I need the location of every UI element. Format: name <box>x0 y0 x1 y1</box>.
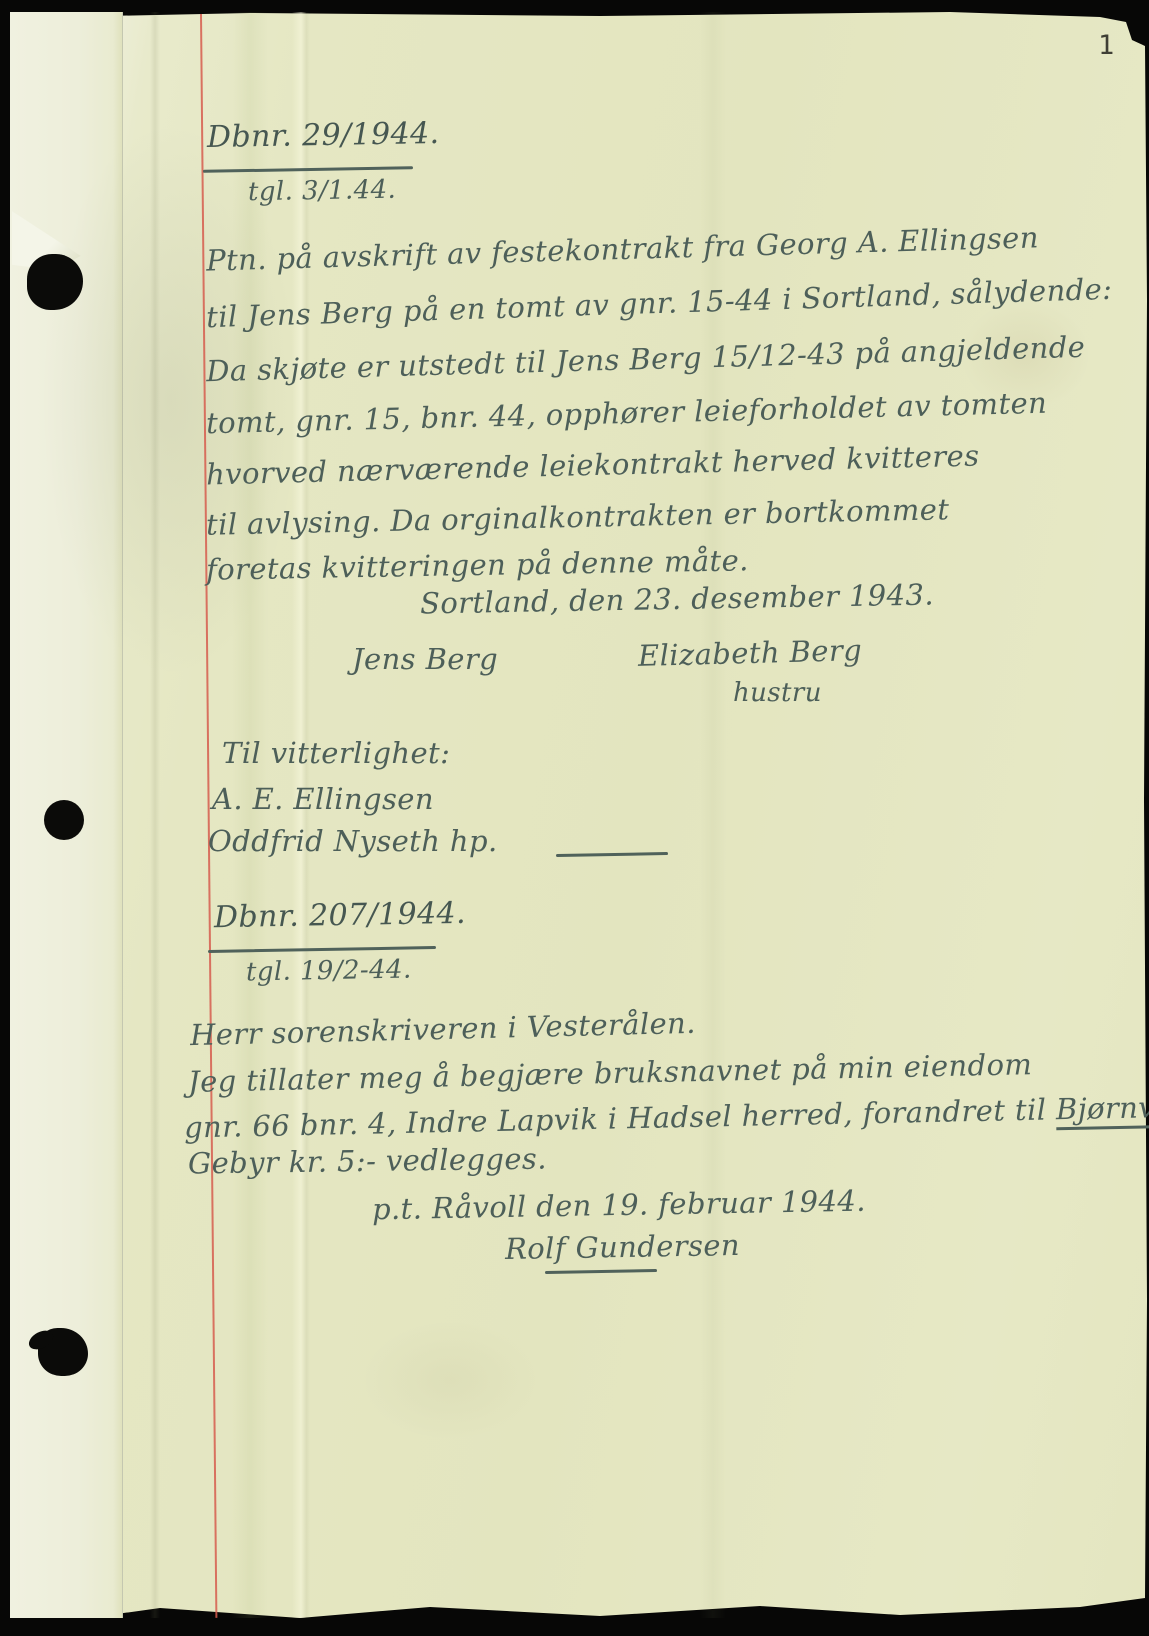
scanned-register-page: 1 Dbnr. 29/1944. tgl. 3/1.44. Ptn. på av… <box>0 0 1149 1636</box>
entry1-registration-date: tgl. 3/1.44. <box>248 175 397 208</box>
signature-rolf-gundersen: Rolf Gundersen <box>505 1228 741 1266</box>
punch-hole <box>44 800 84 840</box>
entry2-document-number: Dbnr. 207/1944. <box>214 896 467 935</box>
entry1-document-number: Dbnr. 29/1944. <box>207 116 440 155</box>
witness-heading: Til vitterlighet: <box>222 736 450 770</box>
signature-role: hustru <box>733 678 822 708</box>
handwritten-line: Gebyr kr. 5:- vedlegges. <box>188 1141 547 1180</box>
signature-jens-berg: Jens Berg <box>352 642 498 676</box>
entry2-registration-date: tgl. 19/2-44. <box>246 955 412 988</box>
page-number: 1 <box>1098 30 1114 61</box>
property-name-underlined: Bjørnvik. <box>1056 1089 1149 1130</box>
witness-signature-1: A. E. Ellingsen <box>212 782 434 816</box>
signature-elizabeth-berg: Elizabeth Berg <box>638 633 863 673</box>
witness-signature-2: Oddfrid Nyseth hp. <box>208 824 498 858</box>
